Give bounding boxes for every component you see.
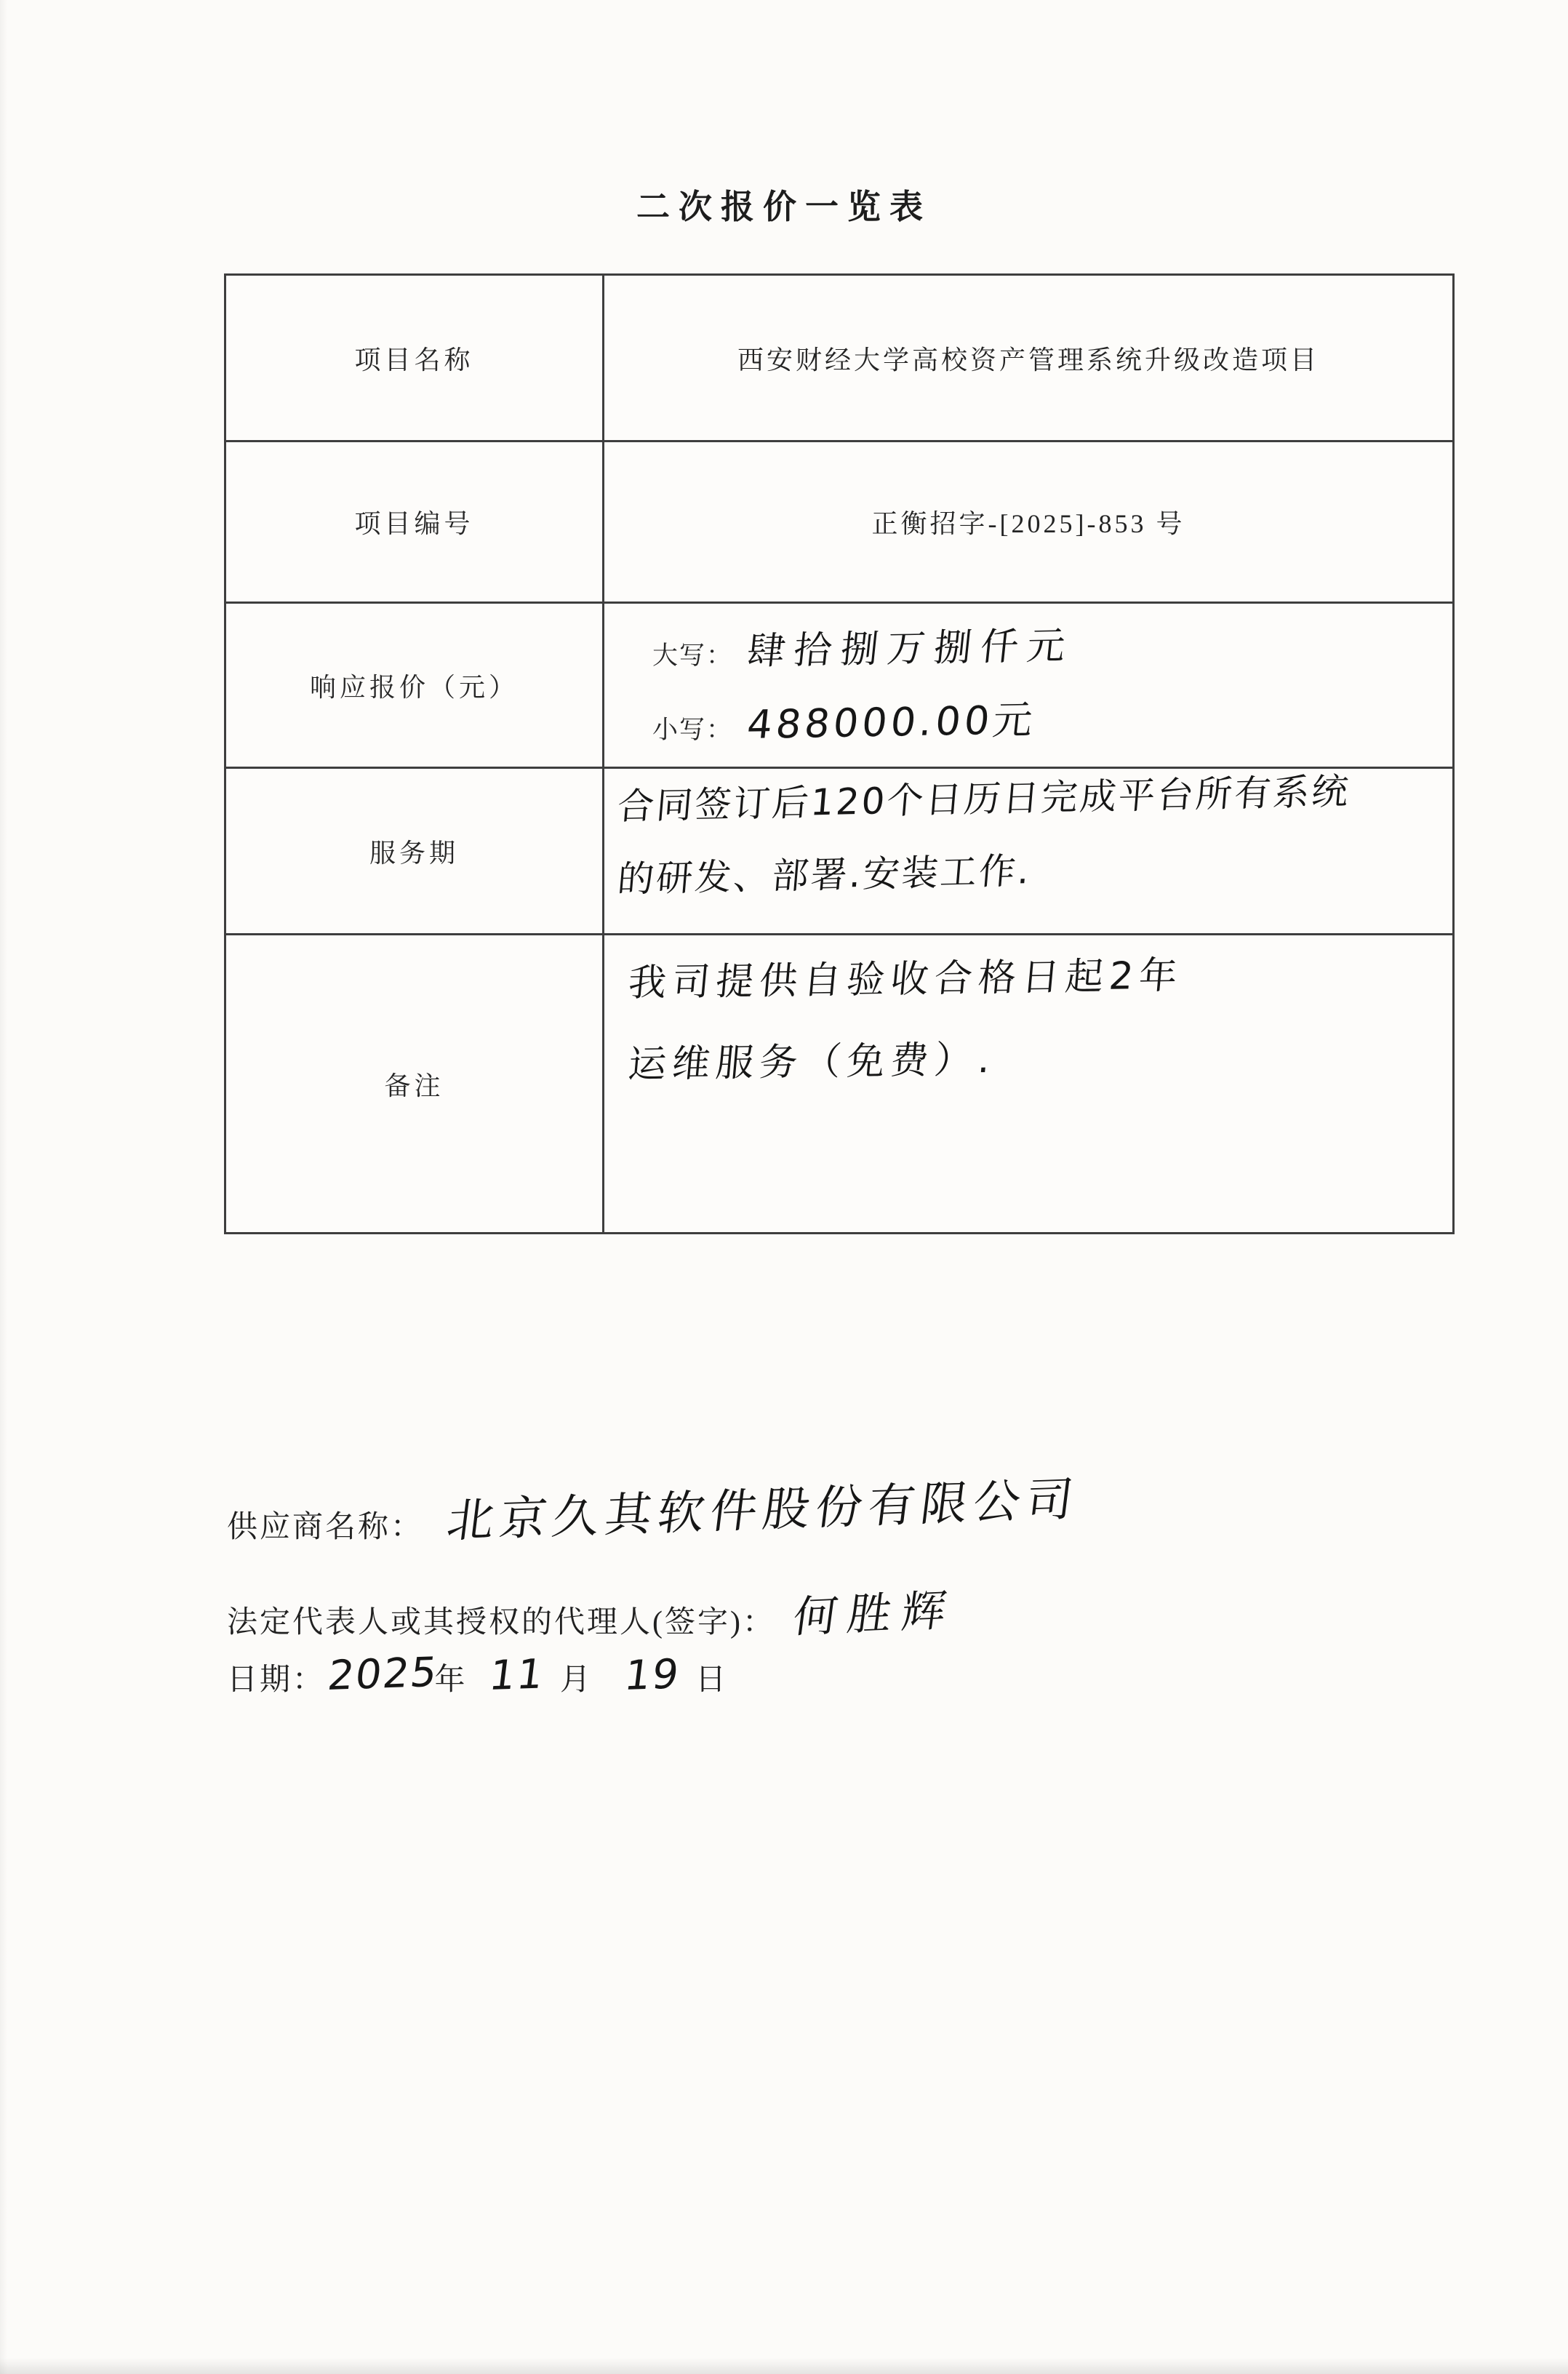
service-period-line1: 合同签订后120个日历日完成平台所有系统 (615, 770, 1447, 843)
quoted-price-value: 大写： 肆拾捌万捌仟元 小写： 488000.00元 (604, 604, 1452, 767)
project-number-label: 项目编号 (226, 442, 604, 602)
remarks-label: 备注 (226, 935, 604, 1232)
scanner-shadow-left (0, 0, 7, 2374)
date-label: 日期： (227, 1655, 325, 1699)
project-name-value: 西安财经大学高校资产管理系统升级改造项目 (604, 276, 1452, 440)
price-lowercase-line: 小写： 488000.00元 (652, 694, 1452, 750)
representative-signature-handwriting: 何胜辉 (790, 1583, 951, 1645)
remarks-line1: 我司提供自验收合格日起2年 (625, 943, 1447, 1024)
table-row-remarks: 备注 我司提供自验收合格日起2年 运维服务（免费）. (226, 935, 1452, 1232)
remarks-handwriting: 我司提供自验收合格日起2年 运维服务（免费）. (604, 935, 1452, 1232)
representative-line: 法定代表人或其授权的代理人(签字)： 何胜辉 (227, 1583, 951, 1645)
date-line: 日期： 2025 年 11 月 19 日 (227, 1652, 728, 1700)
remarks-line2: 运维服务（免费）. (625, 1024, 1447, 1106)
service-period-label: 服务期 (226, 769, 604, 933)
quoted-price-label: 响应报价（元） (226, 604, 604, 767)
service-period-line2: 的研发、部署.安装工作. (615, 843, 1447, 916)
scanned-quotation-page: { "page": { "title": "二次报价一览表" }, "table… (0, 0, 1568, 2374)
supplier-name-line: 供应商名称： 北京久其软件股份有限公司 (227, 1484, 1072, 1551)
project-number-value: 正衡招字-[2025]-853 号 (604, 442, 1452, 602)
date-month-handwriting: 11 (487, 1652, 541, 1700)
price-uppercase-label: 大写： (652, 636, 733, 672)
date-month-unit: 月 (560, 1655, 593, 1699)
price-uppercase-line: 大写： 肆拾捌万捌仟元 (652, 620, 1452, 675)
scanner-shadow-bottom (0, 2358, 1568, 2374)
supplier-name-handwriting: 北京久其软件股份有限公司 (444, 1484, 1072, 1551)
table-row-project-name: 项目名称 西安财经大学高校资产管理系统升级改造项目 (226, 276, 1452, 442)
date-day-unit: 日 (695, 1655, 728, 1699)
date-day-handwriting: 19 (622, 1652, 676, 1700)
date-year-handwriting: 2025 (325, 1652, 435, 1700)
service-period-handwriting: 合同签订后120个日历日完成平台所有系统 的研发、部署.安装工作. (604, 769, 1452, 933)
price-lowercase-label: 小写： (652, 710, 733, 746)
price-uppercase-handwriting: 肆拾捌万捌仟元 (745, 620, 1071, 675)
table-row-service-period: 服务期 合同签订后120个日历日完成平台所有系统 的研发、部署.安装工作. (226, 769, 1452, 935)
table-row-project-number: 项目编号 正衡招字-[2025]-853 号 (226, 442, 1452, 604)
price-lowercase-handwriting: 488000.00元 (745, 694, 1033, 750)
table-row-quoted-price: 响应报价（元） 大写： 肆拾捌万捌仟元 小写： 488000.00元 (226, 604, 1452, 769)
supplier-name-label: 供应商名称： (227, 1503, 423, 1546)
representative-label: 法定代表人或其授权的代理人(签字)： (227, 1598, 775, 1642)
quotation-table: 项目名称 西安财经大学高校资产管理系统升级改造项目 项目编号 正衡招字-[202… (224, 273, 1455, 1234)
document-title: 二次报价一览表 (0, 180, 1568, 228)
date-year-unit: 年 (435, 1655, 468, 1699)
project-name-label: 项目名称 (226, 276, 604, 440)
